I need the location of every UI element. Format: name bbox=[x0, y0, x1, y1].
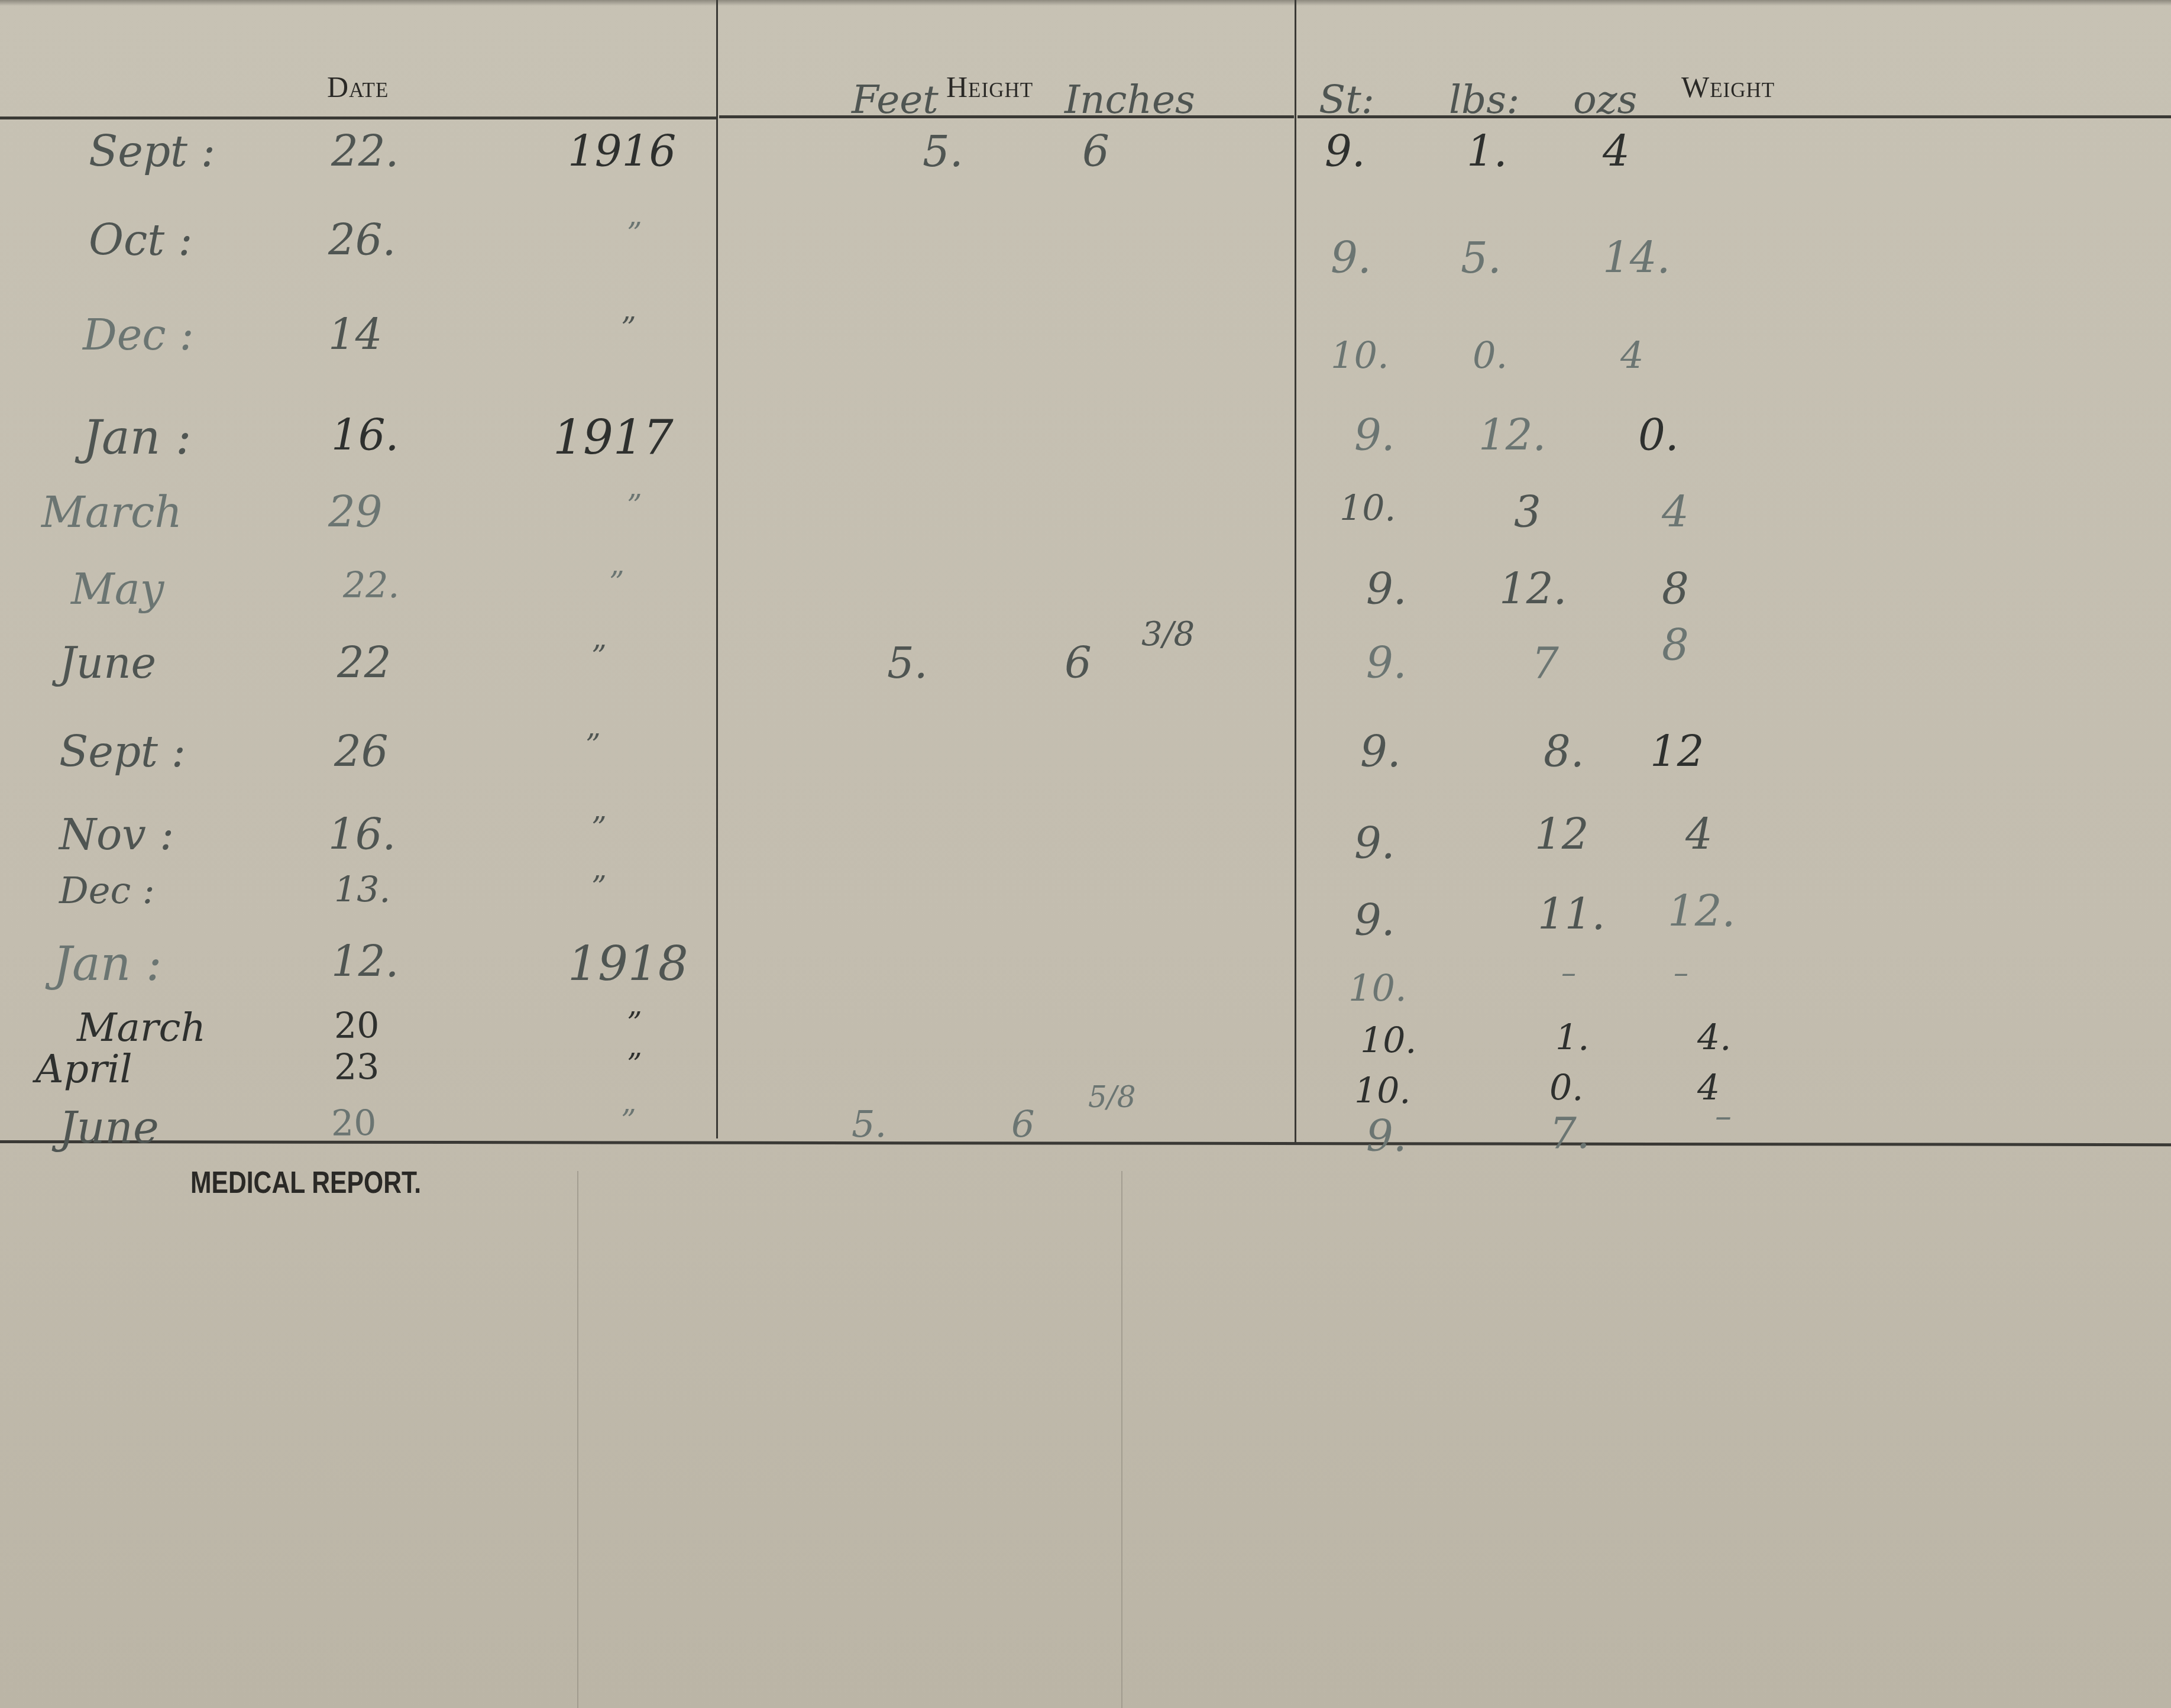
row-weight-pounds: 1. bbox=[1555, 1020, 1589, 1056]
row-month: June bbox=[59, 642, 156, 684]
row-weight-pounds: 0. bbox=[1549, 1070, 1583, 1106]
row-weight-stone: 10. bbox=[1348, 970, 1407, 1007]
row-year-ditto: ” bbox=[609, 568, 625, 597]
row-weight-ounces: 4 bbox=[1662, 491, 1689, 533]
row-day: 23 bbox=[334, 1050, 379, 1085]
weight-column-header: Weight bbox=[1681, 70, 1775, 104]
row-day: 26 bbox=[334, 730, 389, 773]
row-weight-ounces: 8 bbox=[1662, 624, 1689, 667]
row-month: Jan : bbox=[53, 940, 162, 988]
row-year-ditto: ” bbox=[591, 872, 607, 902]
row-day: 20 bbox=[331, 1106, 376, 1141]
date-column-header: Date bbox=[327, 70, 389, 104]
row-day: 29 bbox=[328, 491, 383, 533]
row-day: 22. bbox=[343, 568, 399, 603]
fold-line-right bbox=[1121, 1171, 1122, 1708]
row-weight-ounces: 12 bbox=[1650, 730, 1704, 773]
row-weight-stone: 10. bbox=[1360, 1023, 1416, 1059]
row-month: May bbox=[71, 568, 164, 610]
row-weight-pounds: 3 bbox=[1514, 491, 1541, 533]
row-day: 20 bbox=[334, 1008, 379, 1044]
row-month: March bbox=[41, 491, 182, 533]
medical-report-title: MEDICAL REPORT. bbox=[190, 1165, 421, 1201]
row-height-inches: 6 bbox=[1082, 130, 1109, 173]
row-weight-pounds: 12 bbox=[1535, 813, 1589, 856]
row-weight-stone: 9. bbox=[1325, 130, 1366, 173]
row-weight-ounces: 8 bbox=[1662, 568, 1689, 610]
row-month: Jan : bbox=[83, 414, 192, 461]
row-year-ditto: ” bbox=[627, 1008, 642, 1038]
row-month: Oct : bbox=[89, 219, 192, 261]
header-rule-date bbox=[0, 117, 717, 119]
column-divider-date-height bbox=[716, 0, 718, 1138]
weight-ounces-unit: ozs bbox=[1573, 77, 1637, 122]
row-day: 12. bbox=[331, 940, 399, 983]
row-month: April bbox=[35, 1050, 132, 1089]
row-weight-stone: 9. bbox=[1354, 822, 1395, 865]
row-weight-pounds: 7. bbox=[1549, 1112, 1590, 1154]
row-day: 14 bbox=[328, 313, 383, 356]
row-weight-pounds: 0. bbox=[1473, 337, 1507, 374]
row-weight-stone: 9. bbox=[1354, 899, 1395, 942]
row-weight-pounds: 1. bbox=[1467, 130, 1507, 173]
row-weight-stone: 10. bbox=[1354, 1073, 1410, 1109]
row-month: Sept : bbox=[59, 730, 186, 773]
row-month: Sept : bbox=[89, 130, 215, 173]
row-month: March bbox=[77, 1008, 206, 1047]
row-weight-stone: 9. bbox=[1366, 642, 1407, 684]
row-weight-pounds: 7 bbox=[1532, 642, 1559, 684]
row-weight-ounces: 4 bbox=[1620, 337, 1643, 374]
row-day: 22. bbox=[331, 130, 399, 173]
row-weight-ounces: 4. bbox=[1697, 1020, 1731, 1056]
row-weight-pounds: 12. bbox=[1499, 568, 1567, 610]
row-month: Dec : bbox=[59, 872, 155, 909]
row-height-feet: 5. bbox=[923, 130, 963, 173]
row-weight-pounds: 12. bbox=[1478, 414, 1546, 457]
row-year-ditto: ” bbox=[591, 813, 607, 843]
row-year-ditto: ” bbox=[585, 730, 601, 760]
row-weight-stone: 9. bbox=[1354, 414, 1395, 457]
weight-pounds-unit: lbs: bbox=[1449, 77, 1519, 122]
fold-line-left bbox=[577, 1171, 578, 1708]
row-year: 1916 bbox=[568, 130, 676, 173]
row-year: 1917 bbox=[553, 414, 674, 461]
row-weight-pounds: 5. bbox=[1461, 237, 1502, 279]
row-month: June bbox=[59, 1106, 159, 1150]
row-weight-stone: 9. bbox=[1331, 237, 1371, 279]
row-weight-stone: 9. bbox=[1360, 730, 1401, 773]
row-weight-ounces: – bbox=[1674, 958, 1688, 988]
row-day: 26. bbox=[328, 219, 396, 261]
row-year-ditto: ” bbox=[621, 1106, 636, 1136]
row-weight-stone: 10. bbox=[1340, 491, 1396, 526]
height-feet-unit: Feet bbox=[852, 77, 939, 122]
height-inches-unit: Inches bbox=[1065, 77, 1195, 122]
row-year-ditto: ” bbox=[591, 642, 607, 671]
row-weight-ounces: 14. bbox=[1603, 237, 1671, 279]
row-day: 13. bbox=[334, 872, 390, 908]
row-year-ditto: ” bbox=[627, 1050, 642, 1079]
row-year-ditto: ” bbox=[627, 491, 642, 520]
row-height-feet: 5. bbox=[852, 1106, 886, 1143]
row-weight-ounces: 0. bbox=[1638, 414, 1679, 457]
table-bottom-rule bbox=[0, 1140, 2171, 1146]
column-divider-height-weight bbox=[1295, 0, 1296, 1144]
row-day: 22 bbox=[337, 642, 392, 684]
row-day: 16. bbox=[328, 813, 396, 856]
height-column-header: Height bbox=[946, 70, 1033, 104]
row-height-fraction: 3/8 bbox=[1141, 618, 1195, 651]
row-weight-ounces: 4 bbox=[1603, 130, 1630, 173]
row-weight-ounces: – bbox=[1715, 1100, 1732, 1133]
header-rule-height bbox=[719, 115, 1294, 118]
header-rule-weight bbox=[1298, 115, 2171, 118]
row-weight-ounces: 4 bbox=[1685, 813, 1713, 856]
row-weight-stone: 10. bbox=[1331, 337, 1389, 374]
row-month: Nov : bbox=[59, 813, 174, 856]
row-weight-pounds: 8. bbox=[1544, 730, 1584, 773]
weight-stone-unit: St: bbox=[1319, 77, 1374, 122]
row-weight-ounces: 12. bbox=[1668, 890, 1736, 933]
row-day: 16. bbox=[331, 414, 399, 457]
row-height-fraction: 5/8 bbox=[1088, 1082, 1135, 1112]
page-top-edge bbox=[0, 0, 2171, 6]
row-weight-pounds: 11. bbox=[1538, 893, 1606, 936]
row-year: 1918 bbox=[568, 940, 688, 988]
row-weight-pounds: – bbox=[1561, 958, 1576, 988]
row-height-inches: 6 bbox=[1065, 642, 1092, 684]
row-weight-stone: 9. bbox=[1366, 568, 1407, 610]
row-year-ditto: ” bbox=[621, 313, 636, 343]
row-month: Dec : bbox=[83, 313, 194, 356]
row-year-ditto: ” bbox=[627, 219, 642, 248]
row-weight-stone: 9. bbox=[1366, 1115, 1407, 1157]
row-height-feet: 5. bbox=[887, 642, 928, 684]
row-height-inches: 6 bbox=[1011, 1106, 1034, 1143]
